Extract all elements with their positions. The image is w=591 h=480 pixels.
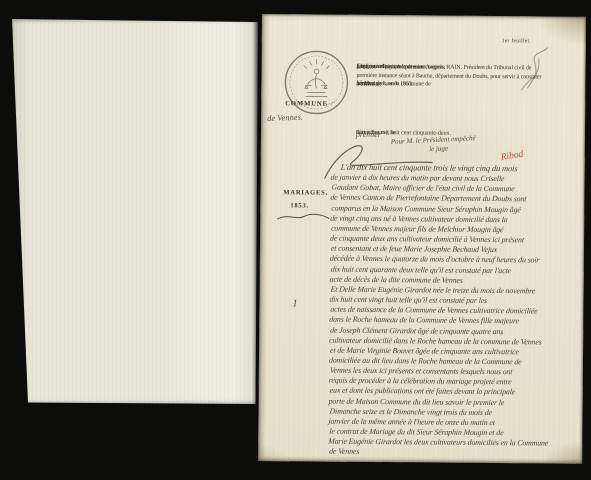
preamble-text: pendant	[356, 80, 374, 89]
red-ink-annotation: Ribod	[500, 150, 524, 163]
marriage-act-body: L'an dix huit cent cinquante trois le vi…	[328, 163, 581, 460]
margin-flourish-icon	[276, 211, 330, 223]
act-number-handwritten: 1	[292, 298, 297, 309]
year-label: 1853.	[290, 202, 309, 209]
commune-name-handwritten: de Vennes.	[267, 110, 347, 123]
left-blank-page	[12, 19, 258, 404]
scanned-register-spread: 1er feuillet. COMMUNE de Vennes. Le prés…	[0, 0, 591, 480]
handwritten-line: de Vennes	[329, 447, 580, 459]
commune-label: COMMUNE	[285, 100, 328, 107]
preamble-paragraph: Le présent Registre contenant Deux feuil…	[356, 63, 562, 91]
mariages-label: MARIAGES.	[283, 189, 328, 196]
right-register-page: 1er feuillet. COMMUNE de Vennes. Le prés…	[258, 14, 586, 464]
preamble-text: feuillets, celui-ci et le dernier compri…	[357, 63, 446, 72]
